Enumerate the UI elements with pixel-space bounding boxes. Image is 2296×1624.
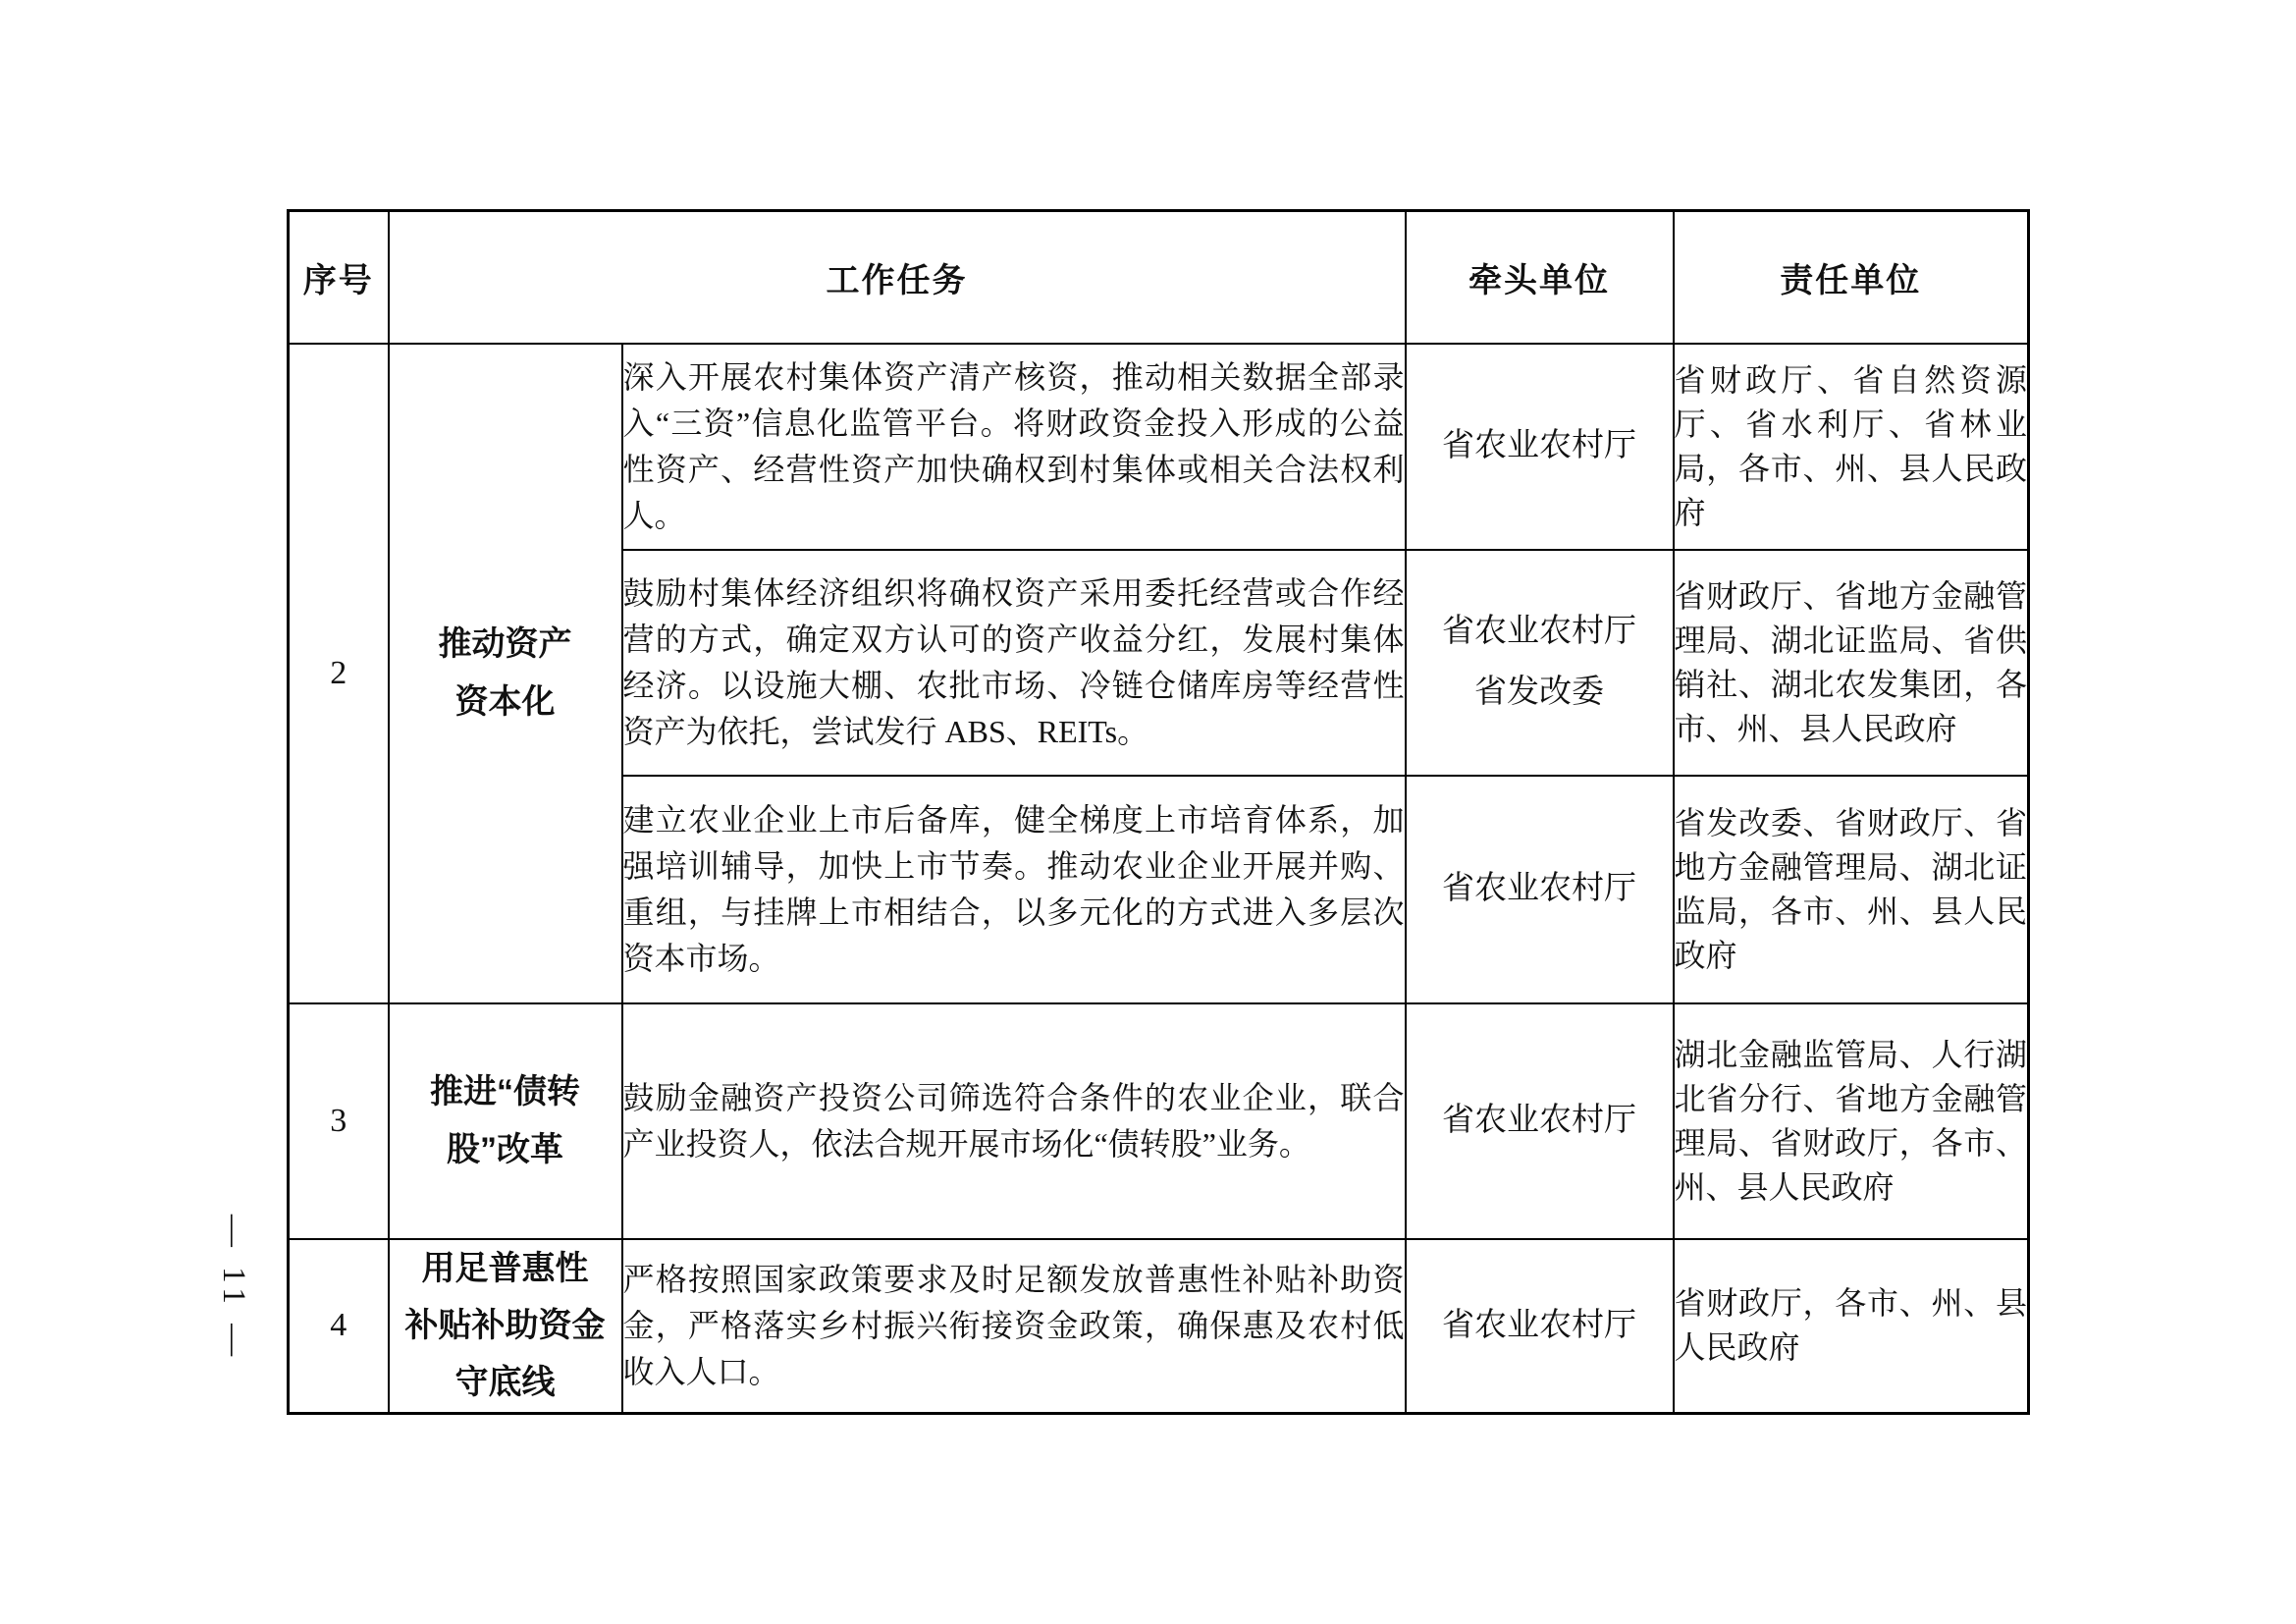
- page-number: — 11 —: [214, 1188, 253, 1388]
- cell-serial-4: 4: [289, 1239, 389, 1414]
- cell-lead-unit: 省农业农村厅 省发改委: [1406, 550, 1674, 776]
- cell-task-name-2: 推动资产 资本化: [389, 344, 622, 1003]
- cell-task-desc: 严格按照国家政策要求及时足额发放普惠性补贴补助资金，严格落实乡村振兴衔接资金政策…: [622, 1239, 1406, 1414]
- cell-task-desc: 深入开展农村集体资产清产核资，推动相关数据全部录入“三资”信息化监管平台。将财政…: [622, 344, 1406, 550]
- cell-lead-unit: 省农业农村厅: [1406, 1003, 1674, 1239]
- cell-responsible-unit: 省财政厅，各市、州、县人民政府: [1674, 1239, 2029, 1414]
- header-work-task: 工作任务: [389, 211, 1406, 344]
- table-row: 2 推动资产 资本化 深入开展农村集体资产清产核资，推动相关数据全部录入“三资”…: [289, 344, 2029, 550]
- header-lead-unit: 牵头单位: [1406, 211, 1674, 344]
- table-header-row: 序号 工作任务 牵头单位 责任单位: [289, 211, 2029, 344]
- cell-responsible-unit: 省发改委、省财政厅、省地方金融管理局、湖北证监局，各市、州、县人民政府: [1674, 776, 2029, 1003]
- cell-task-desc: 建立农业企业上市后备库，健全梯度上市培育体系，加强培训辅导，加快上市节奏。推动农…: [622, 776, 1406, 1003]
- cell-responsible-unit: 省财政厅、省自然资源厅、省水利厅、省林业局，各市、州、县人民政府: [1674, 344, 2029, 550]
- cell-serial-2: 2: [289, 344, 389, 1003]
- cell-task-desc: 鼓励金融资产投资公司筛选符合条件的农业企业，联合产业投资人，依法合规开展市场化“…: [622, 1003, 1406, 1239]
- cell-lead-unit: 省农业农村厅: [1406, 1239, 1674, 1414]
- table-row: 3 推进“债转 股”改革 鼓励金融资产投资公司筛选符合条件的农业企业，联合产业投…: [289, 1003, 2029, 1239]
- tasks-table: 序号 工作任务 牵头单位 责任单位 2 推动资产 资本化 深入开展农村集体资产清…: [287, 209, 2030, 1415]
- cell-task-desc: 鼓励村集体经济组织将确权资产采用委托经营或合作经营的方式，确定双方认可的资产收益…: [622, 550, 1406, 776]
- table-row: 4 用足普惠性 补贴补助资金 守底线 严格按照国家政策要求及时足额发放普惠性补贴…: [289, 1239, 2029, 1414]
- header-serial-number: 序号: [289, 211, 389, 344]
- cell-task-name-3: 推进“债转 股”改革: [389, 1003, 622, 1239]
- header-responsible-unit: 责任单位: [1674, 211, 2029, 344]
- cell-lead-unit: 省农业农村厅: [1406, 344, 1674, 550]
- cell-responsible-unit: 湖北金融监管局、人行湖北省分行、省地方金融管理局、省财政厅，各市、州、县人民政府: [1674, 1003, 2029, 1239]
- cell-task-name-4: 用足普惠性 补贴补助资金 守底线: [389, 1239, 622, 1414]
- cell-serial-3: 3: [289, 1003, 389, 1239]
- cell-lead-unit: 省农业农村厅: [1406, 776, 1674, 1003]
- cell-responsible-unit: 省财政厅、省地方金融管理局、湖北证监局、省供销社、湖北农发集团，各市、州、县人民…: [1674, 550, 2029, 776]
